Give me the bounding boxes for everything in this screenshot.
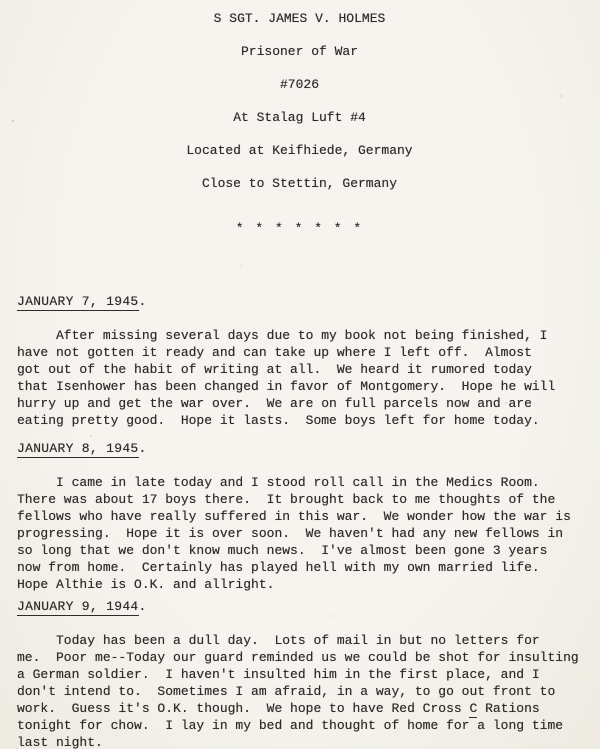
- entry-date-period: .: [139, 294, 147, 309]
- camp-location: Located at Keifhiede, Germany: [17, 142, 582, 160]
- entry-date-heading: JANUARY 8, 1945.: [17, 440, 582, 458]
- entry-date-heading: JANUARY 7, 1945.: [17, 293, 582, 311]
- entry-date-text: JANUARY 7, 1945: [17, 294, 139, 311]
- entry-date-period: .: [139, 441, 147, 456]
- diary-entry-january-7: JANUARY 7, 1945. After missing several d…: [17, 293, 582, 429]
- entry-body-text: Today has been a dull day. Lots of mail …: [17, 632, 582, 749]
- prisoner-of-war-title: Prisoner of War: [17, 43, 582, 61]
- document-header: S SGT. JAMES V. HOLMES Prisoner of War #…: [17, 10, 582, 238]
- prisoner-number: #7026: [17, 76, 582, 94]
- prisoner-name: S SGT. JAMES V. HOLMES: [17, 10, 582, 28]
- diary-entry-january-9: JANUARY 9, 1944. Today has been a dull d…: [17, 598, 582, 749]
- entry-date-period: .: [139, 599, 147, 614]
- entry-body-text: After missing several days due to my boo…: [17, 327, 582, 429]
- camp-nearby-city: Close to Stettin, Germany: [17, 175, 582, 193]
- camp-name: At Stalag Luft #4: [17, 109, 582, 127]
- entry-date-text: JANUARY 8, 1945: [17, 441, 139, 458]
- asterisk-separator: * * * * * * *: [17, 220, 582, 238]
- entry-date-heading: JANUARY 9, 1944.: [17, 598, 582, 616]
- document-page: S SGT. JAMES V. HOLMES Prisoner of War #…: [0, 0, 600, 749]
- entry-date-text: JANUARY 9, 1944: [17, 599, 139, 616]
- diary-entry-january-8: JANUARY 8, 1945. I came in late today an…: [17, 440, 582, 593]
- entry-body-text: I came in late today and I stood roll ca…: [17, 474, 582, 593]
